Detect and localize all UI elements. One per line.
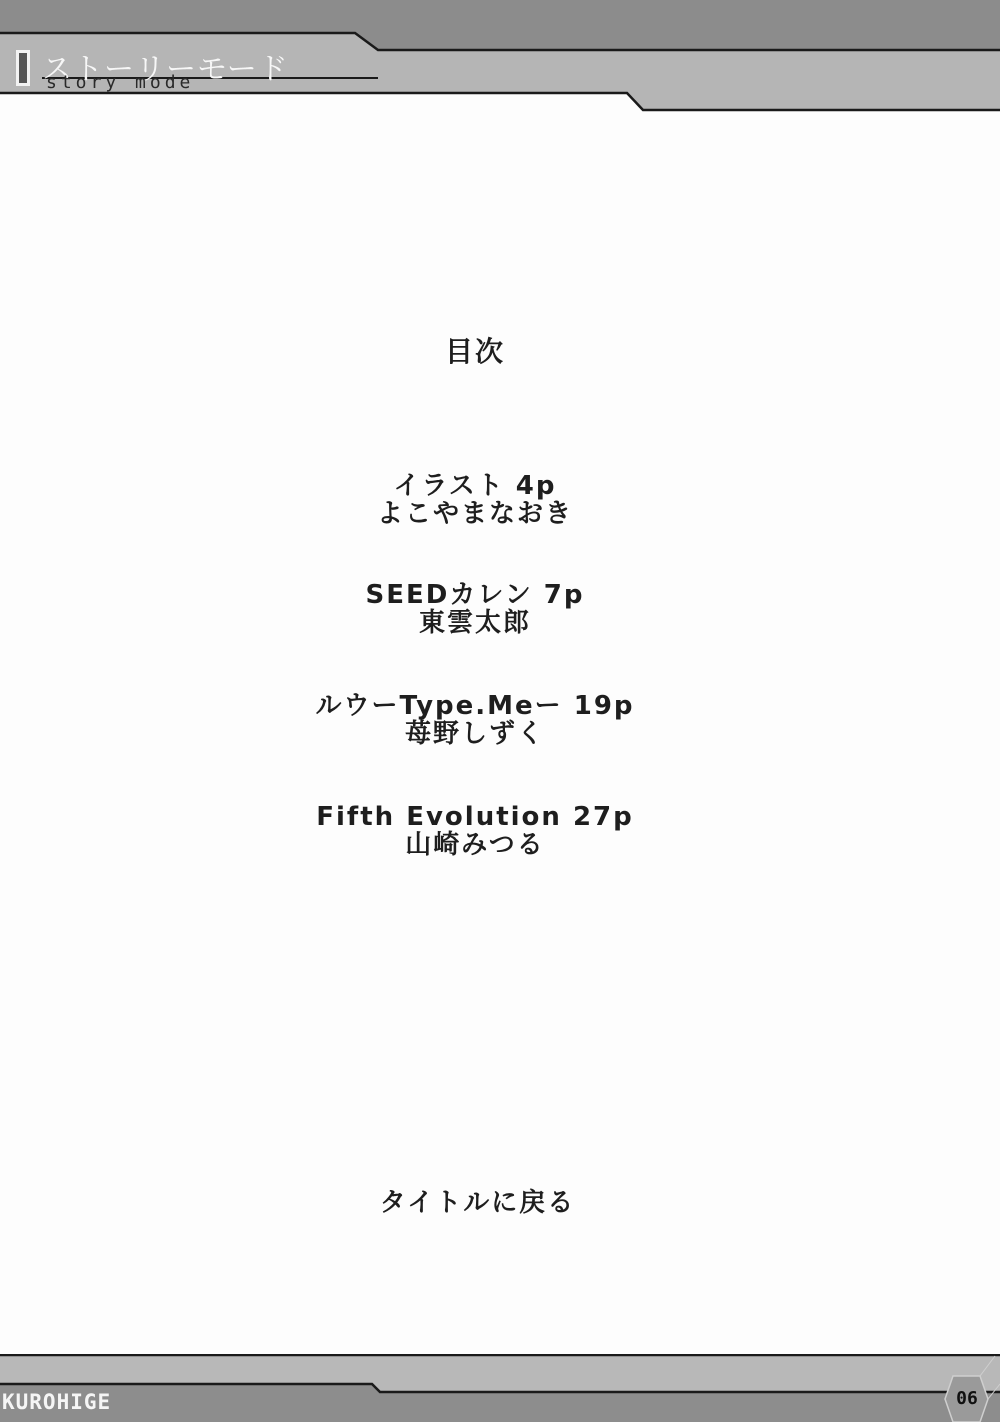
back-to-title-button[interactable]: タイトルに戻る xyxy=(0,1182,955,1219)
toc-heading: 目次 xyxy=(0,330,950,370)
toc-entry-author: よこやまなおき xyxy=(0,500,950,528)
brand-label: KUROHIGE xyxy=(2,1390,111,1414)
toc-entry-title[interactable]: SEEDカレン 7p xyxy=(0,581,950,609)
title-marker-icon xyxy=(16,50,30,86)
toc-entry-author: 山崎みつる xyxy=(0,831,950,859)
toc-entry-title[interactable]: Fifth Evolution 27p xyxy=(0,803,950,831)
toc-entry-seed-karen[interactable]: SEEDカレン 7p 東雲太郎 xyxy=(0,581,950,637)
toc-entry-fifth-evolution[interactable]: Fifth Evolution 27p 山崎みつる xyxy=(0,803,950,859)
toc-entry-author: 東雲太郎 xyxy=(0,609,950,637)
screen-subtitle: story mode xyxy=(46,76,194,90)
toc-entry-title[interactable]: ルウーType.Meー 19p xyxy=(0,692,950,720)
page-number: 06 xyxy=(952,1388,982,1409)
toc-entry-ruu-type-me[interactable]: ルウーType.Meー 19p 苺野しずく xyxy=(0,692,950,748)
toc-entry-title[interactable]: イラスト 4p xyxy=(0,472,950,500)
footer-decoration xyxy=(0,1354,1000,1422)
header-band: ストーリーモード story mode xyxy=(0,0,1000,112)
toc-entry-author: 苺野しずく xyxy=(0,720,950,748)
footer-band xyxy=(0,1354,1000,1422)
toc-entry-illust[interactable]: イラスト 4p よこやまなおき xyxy=(0,472,950,528)
